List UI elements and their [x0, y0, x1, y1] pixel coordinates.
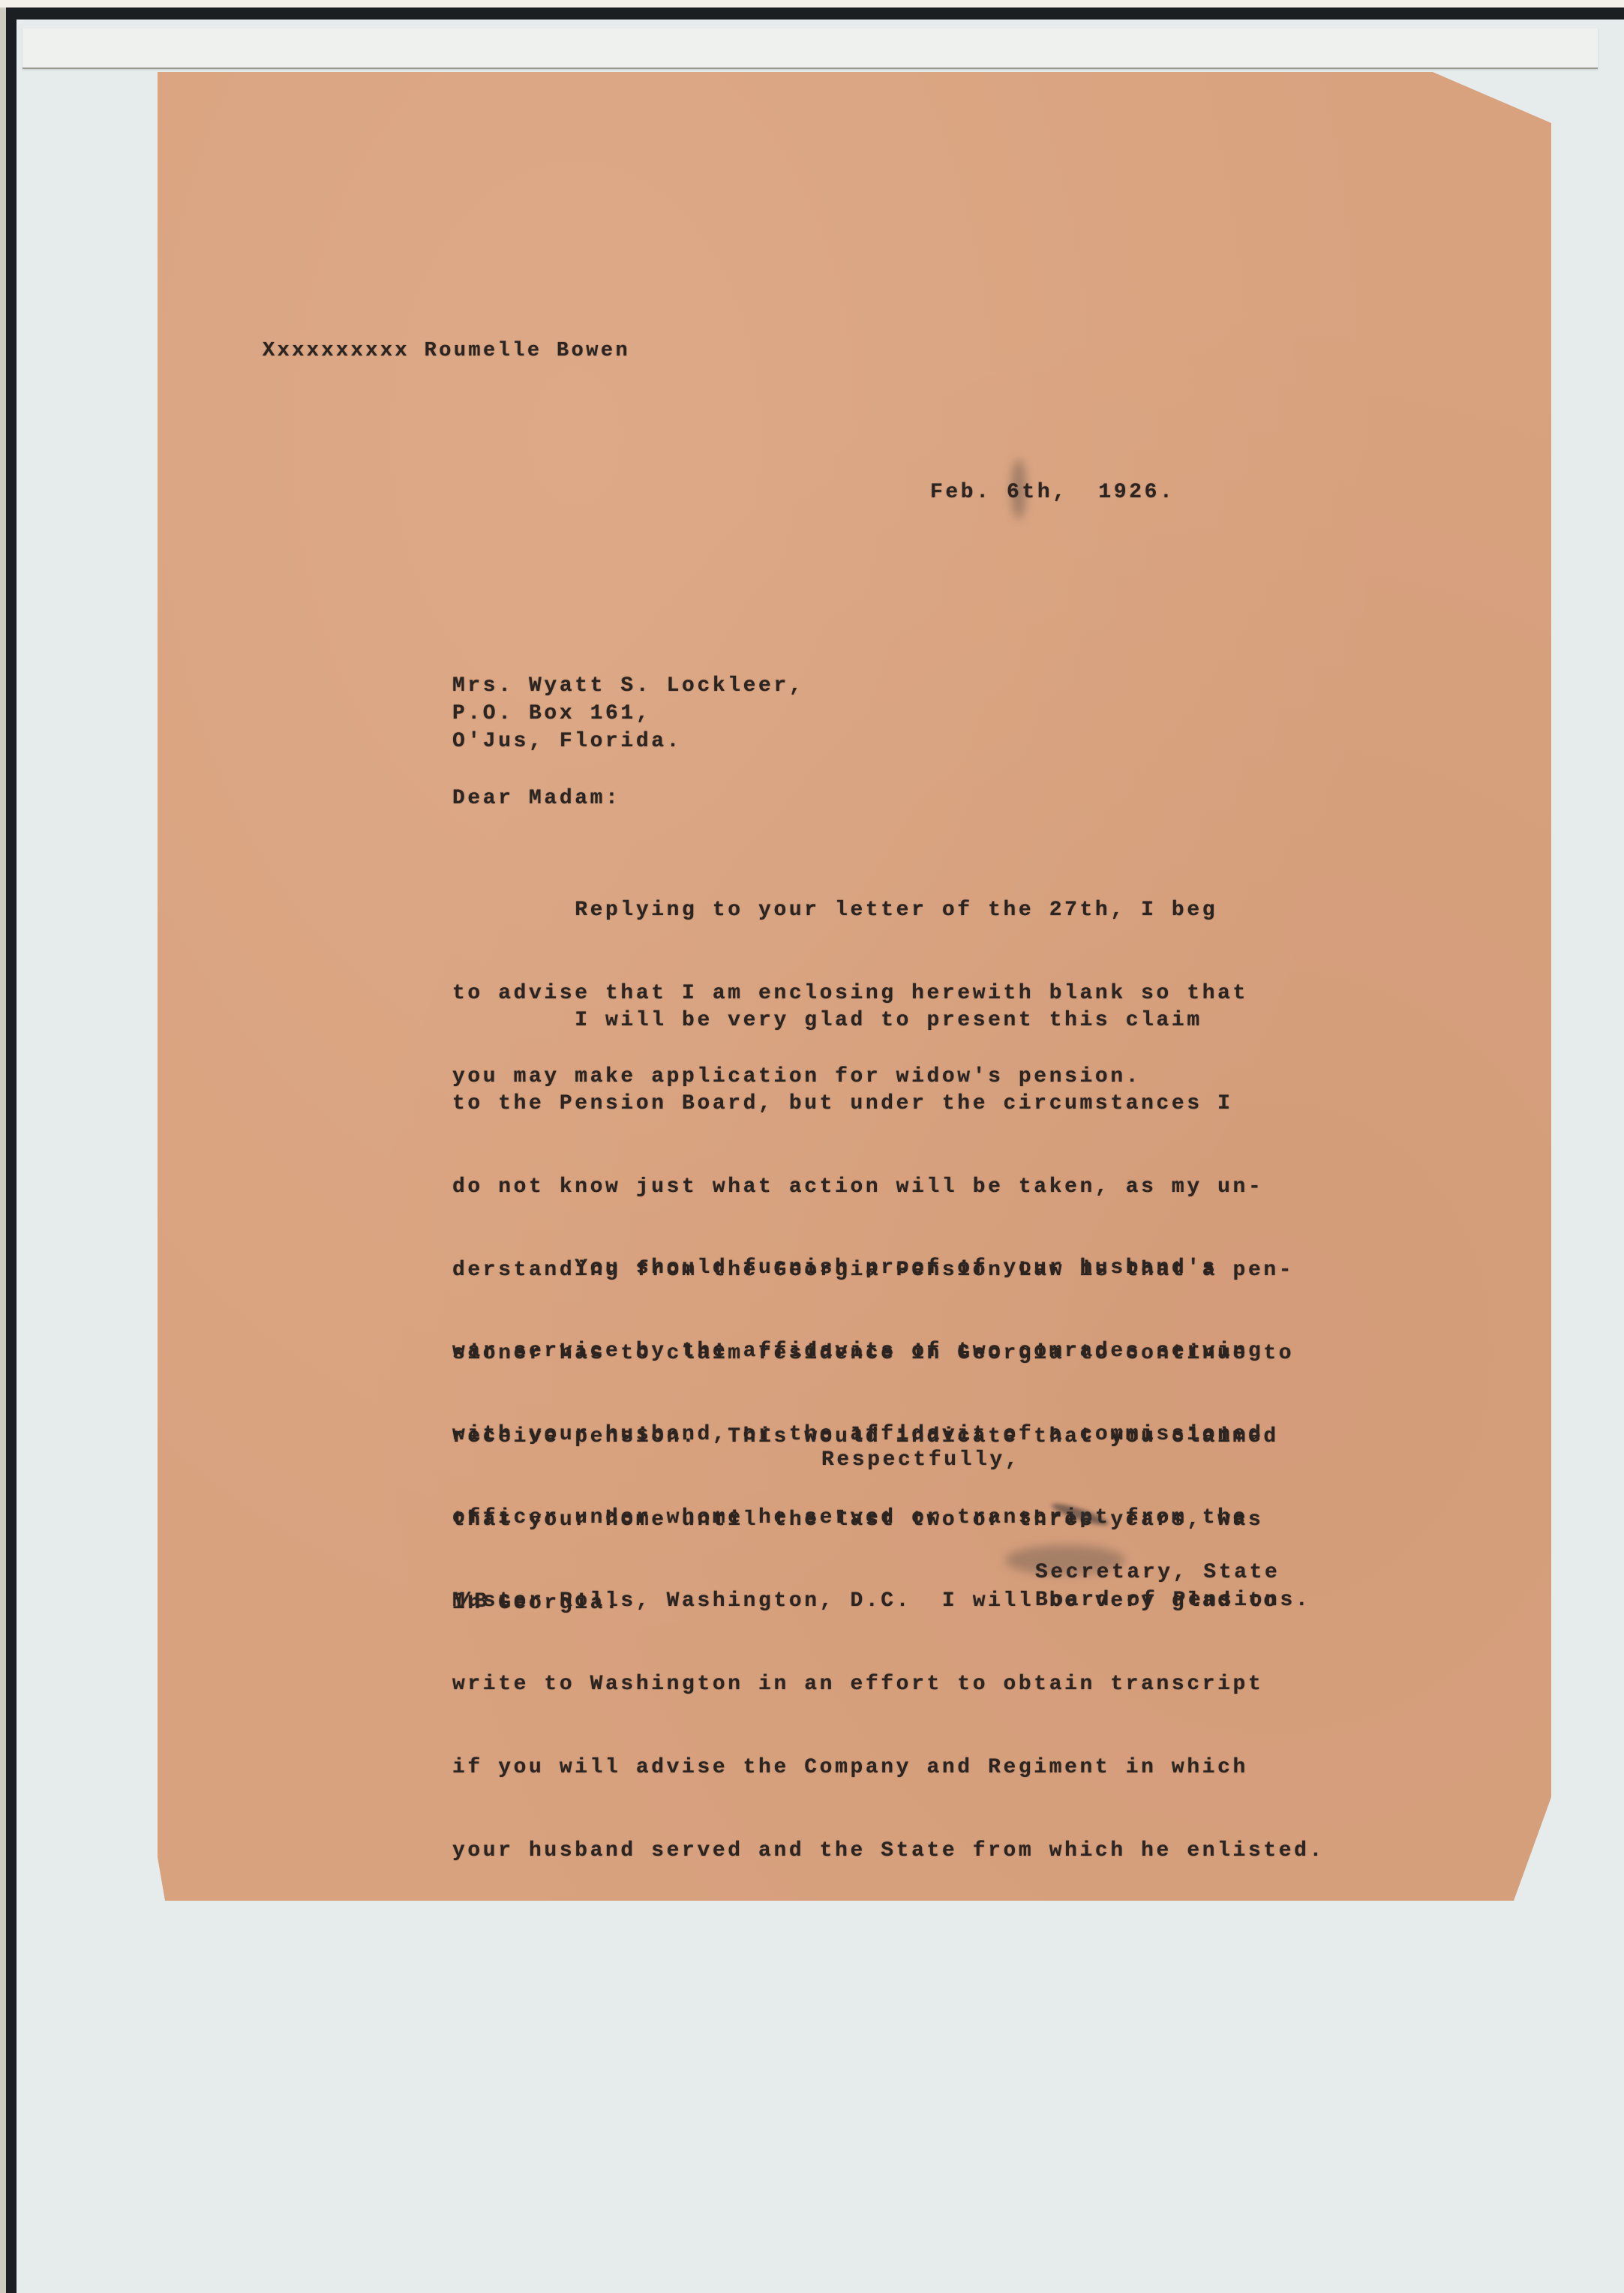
paragraph-line: do not know just what action will be tak… — [452, 1173, 1294, 1201]
recipient-address-line2: O'Jus, Florida. — [452, 728, 682, 755]
paragraph-line: officer under whome he served or transcr… — [452, 1504, 1325, 1532]
paragraph-line: write to Washington in an effort to obta… — [452, 1670, 1325, 1698]
salutation: Dear Madam: — [452, 785, 620, 812]
paper-clip-strip — [23, 29, 1598, 69]
paragraph-line: You should furnish proof of your husband… — [452, 1254, 1325, 1282]
scanner-frame-top — [6, 8, 1624, 20]
signature-title-line2: Board of Pensions. — [1035, 1586, 1310, 1614]
paragraph-line: if you will advise the Company and Regim… — [452, 1754, 1325, 1781]
letter-date: Feb. 6th, 1926. — [930, 479, 1175, 506]
header-line: Xxxxxxxxxx Roumelle Bowen — [263, 338, 630, 365]
scanner-left-strip — [0, 8, 6, 2293]
closing: Respectfully, — [821, 1446, 1020, 1474]
paragraph-line: Replying to your letter of the 27th, I b… — [452, 896, 1248, 924]
paragraph-line: your husband served and the State from w… — [452, 1837, 1325, 1865]
paragraph-line: I will be very glad to present this clai… — [452, 1007, 1294, 1034]
recipient-name: Mrs. Wyatt S. Lockleer, — [452, 672, 804, 700]
paragraph-3: You should furnish proof of your husband… — [452, 1199, 1325, 1892]
paragraph-line: to the Pension Board, but under the circ… — [452, 1090, 1294, 1118]
signature-title-line1: Secretary, State — [1035, 1559, 1280, 1586]
scanner-top-edge — [0, 0, 1624, 8]
scanner-frame-left — [6, 8, 17, 2293]
typist-initials: /B — [459, 1588, 490, 1616]
paragraph-line: war service by the affidavits of two com… — [452, 1337, 1325, 1365]
paragraph-line: with your husband, or the affidavit of a… — [452, 1421, 1325, 1448]
recipient-address-line1: P.O. Box 161, — [452, 700, 651, 728]
